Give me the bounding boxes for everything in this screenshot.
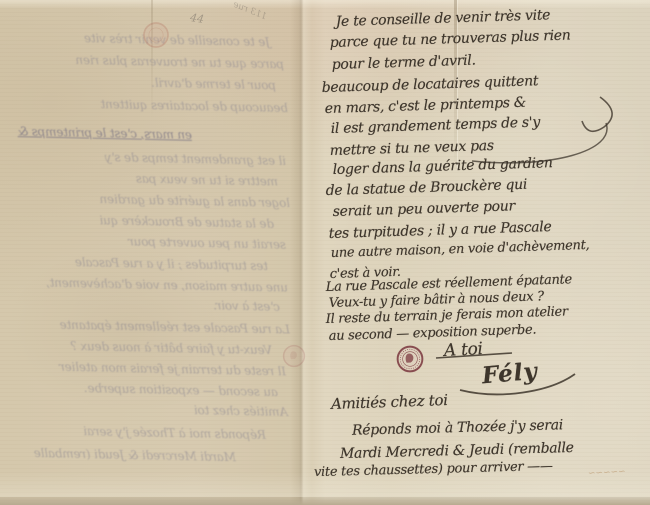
bleedthrough-line: parce que tu ne trouveras plus rien <box>75 53 284 71</box>
signature: Fély <box>481 358 539 390</box>
letter-line: serait un peu ouverte pour <box>332 198 515 220</box>
letter-line: une autre maison, en voie d'achèvement, <box>331 238 590 261</box>
bleedthrough-line: tes turpitudes ; il y a rue Pascale <box>75 255 268 273</box>
letter-line: de la statue de Brouckère qui <box>325 177 527 199</box>
bleedthrough-line: beaucoup de locataires quittent <box>101 97 289 115</box>
letter-line: en mars, c'est le printemps & <box>324 95 526 117</box>
bleedthrough-line: Il reste du terrain je ferais mon atelie… <box>59 360 286 379</box>
bleedthrough-line: Veux-tu y faire bâtir à nous deux ? <box>71 339 272 357</box>
bleedthrough-line: il est grandement temps de s'y <box>105 150 286 168</box>
pencil-number: 44 <box>189 11 205 26</box>
letter-line: loger dans la guérite du gardien <box>332 155 552 178</box>
collection-stamp-icon <box>395 344 425 374</box>
bleedthrough-line-underlined: en mars, c'est le printemps & <box>18 124 192 142</box>
bleedthrough-line: La rue Pascale est réellement épatante <box>60 318 290 337</box>
verso-bleedthrough: Je te conseille de venir très vite parce… <box>4 0 296 505</box>
bleedthrough-line: Réponds moi à Thozée j'y serai <box>83 424 266 442</box>
paper-bottom-edge <box>0 497 650 505</box>
bleedthrough-line: de la statue de Brouckère qui <box>100 213 275 231</box>
letter-closing: A toi <box>444 339 484 361</box>
bleedthrough-line: Mardi Mercredi & Jeudi (remballe <box>34 446 236 464</box>
letter-line: beaucoup de locataires quittent <box>321 73 538 96</box>
bleedthrough-line: une autre maison, en voie d'achèvement, <box>46 275 288 294</box>
bleedthrough-line: loger dans la guérite du gardien <box>100 192 291 210</box>
letter-line: parce que tu ne trouveras plus rien <box>329 27 570 51</box>
letter-line: Je te conseille de venir très vite <box>335 7 550 30</box>
letter-line: tes turpitudes ; il y a rue Pascale <box>328 219 551 242</box>
bleedthrough-line: Je te conseille de venir très vite <box>84 31 270 49</box>
bleedthrough-line: mettre si tu ne veux pas <box>136 172 278 189</box>
postscript-line: Amitiés chez toi <box>331 391 448 413</box>
bleedthrough-line: serait un peu ouverte pour <box>128 234 286 251</box>
letter-scan: Je te conseille de venir très vite parce… <box>0 0 650 505</box>
letter-line: mettre si tu ne veux pas <box>329 138 493 159</box>
postscript-line: Réponds moi à Thozée j'y serai <box>352 417 563 439</box>
bleedthrough-line: au second — exposition superbe. <box>84 381 278 399</box>
letter-line: il est grandement temps de s'y <box>330 114 540 137</box>
bleedthrough-line: pour le terme d'avril. <box>151 76 276 93</box>
bleedthrough-line: Amitiés chez toi <box>194 403 288 419</box>
bleedthrough-line: c'est à voir. <box>214 298 281 313</box>
paper-lightband <box>0 472 650 497</box>
